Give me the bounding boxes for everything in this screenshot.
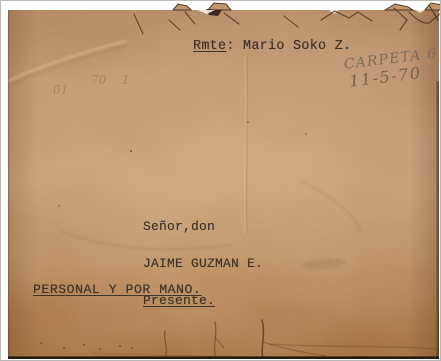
delivery-note: PERSONAL Y POR MANO. bbox=[33, 282, 201, 297]
faint-pencil-mark-1: 01 bbox=[53, 83, 68, 97]
recipient-address: Señor,don JAIME GUZMAN E. Presente. bbox=[143, 196, 263, 332]
faint-pencil-mark-2: 70 bbox=[91, 73, 106, 87]
recipient-name: JAIME GUZMAN E. bbox=[143, 258, 263, 270]
scanned-envelope: Rmte: Mario Soko Z. CARPETA 6 11-5-70 01… bbox=[0, 0, 441, 361]
sender-name: : Mario Soko Z. bbox=[226, 39, 351, 54]
sender-line: Rmte: Mario Soko Z. bbox=[193, 39, 351, 54]
sender-label: Rmte bbox=[193, 39, 226, 54]
recipient-salutation: Señor,don bbox=[143, 221, 263, 233]
faint-pencil-mark-3: 1 bbox=[122, 73, 130, 87]
